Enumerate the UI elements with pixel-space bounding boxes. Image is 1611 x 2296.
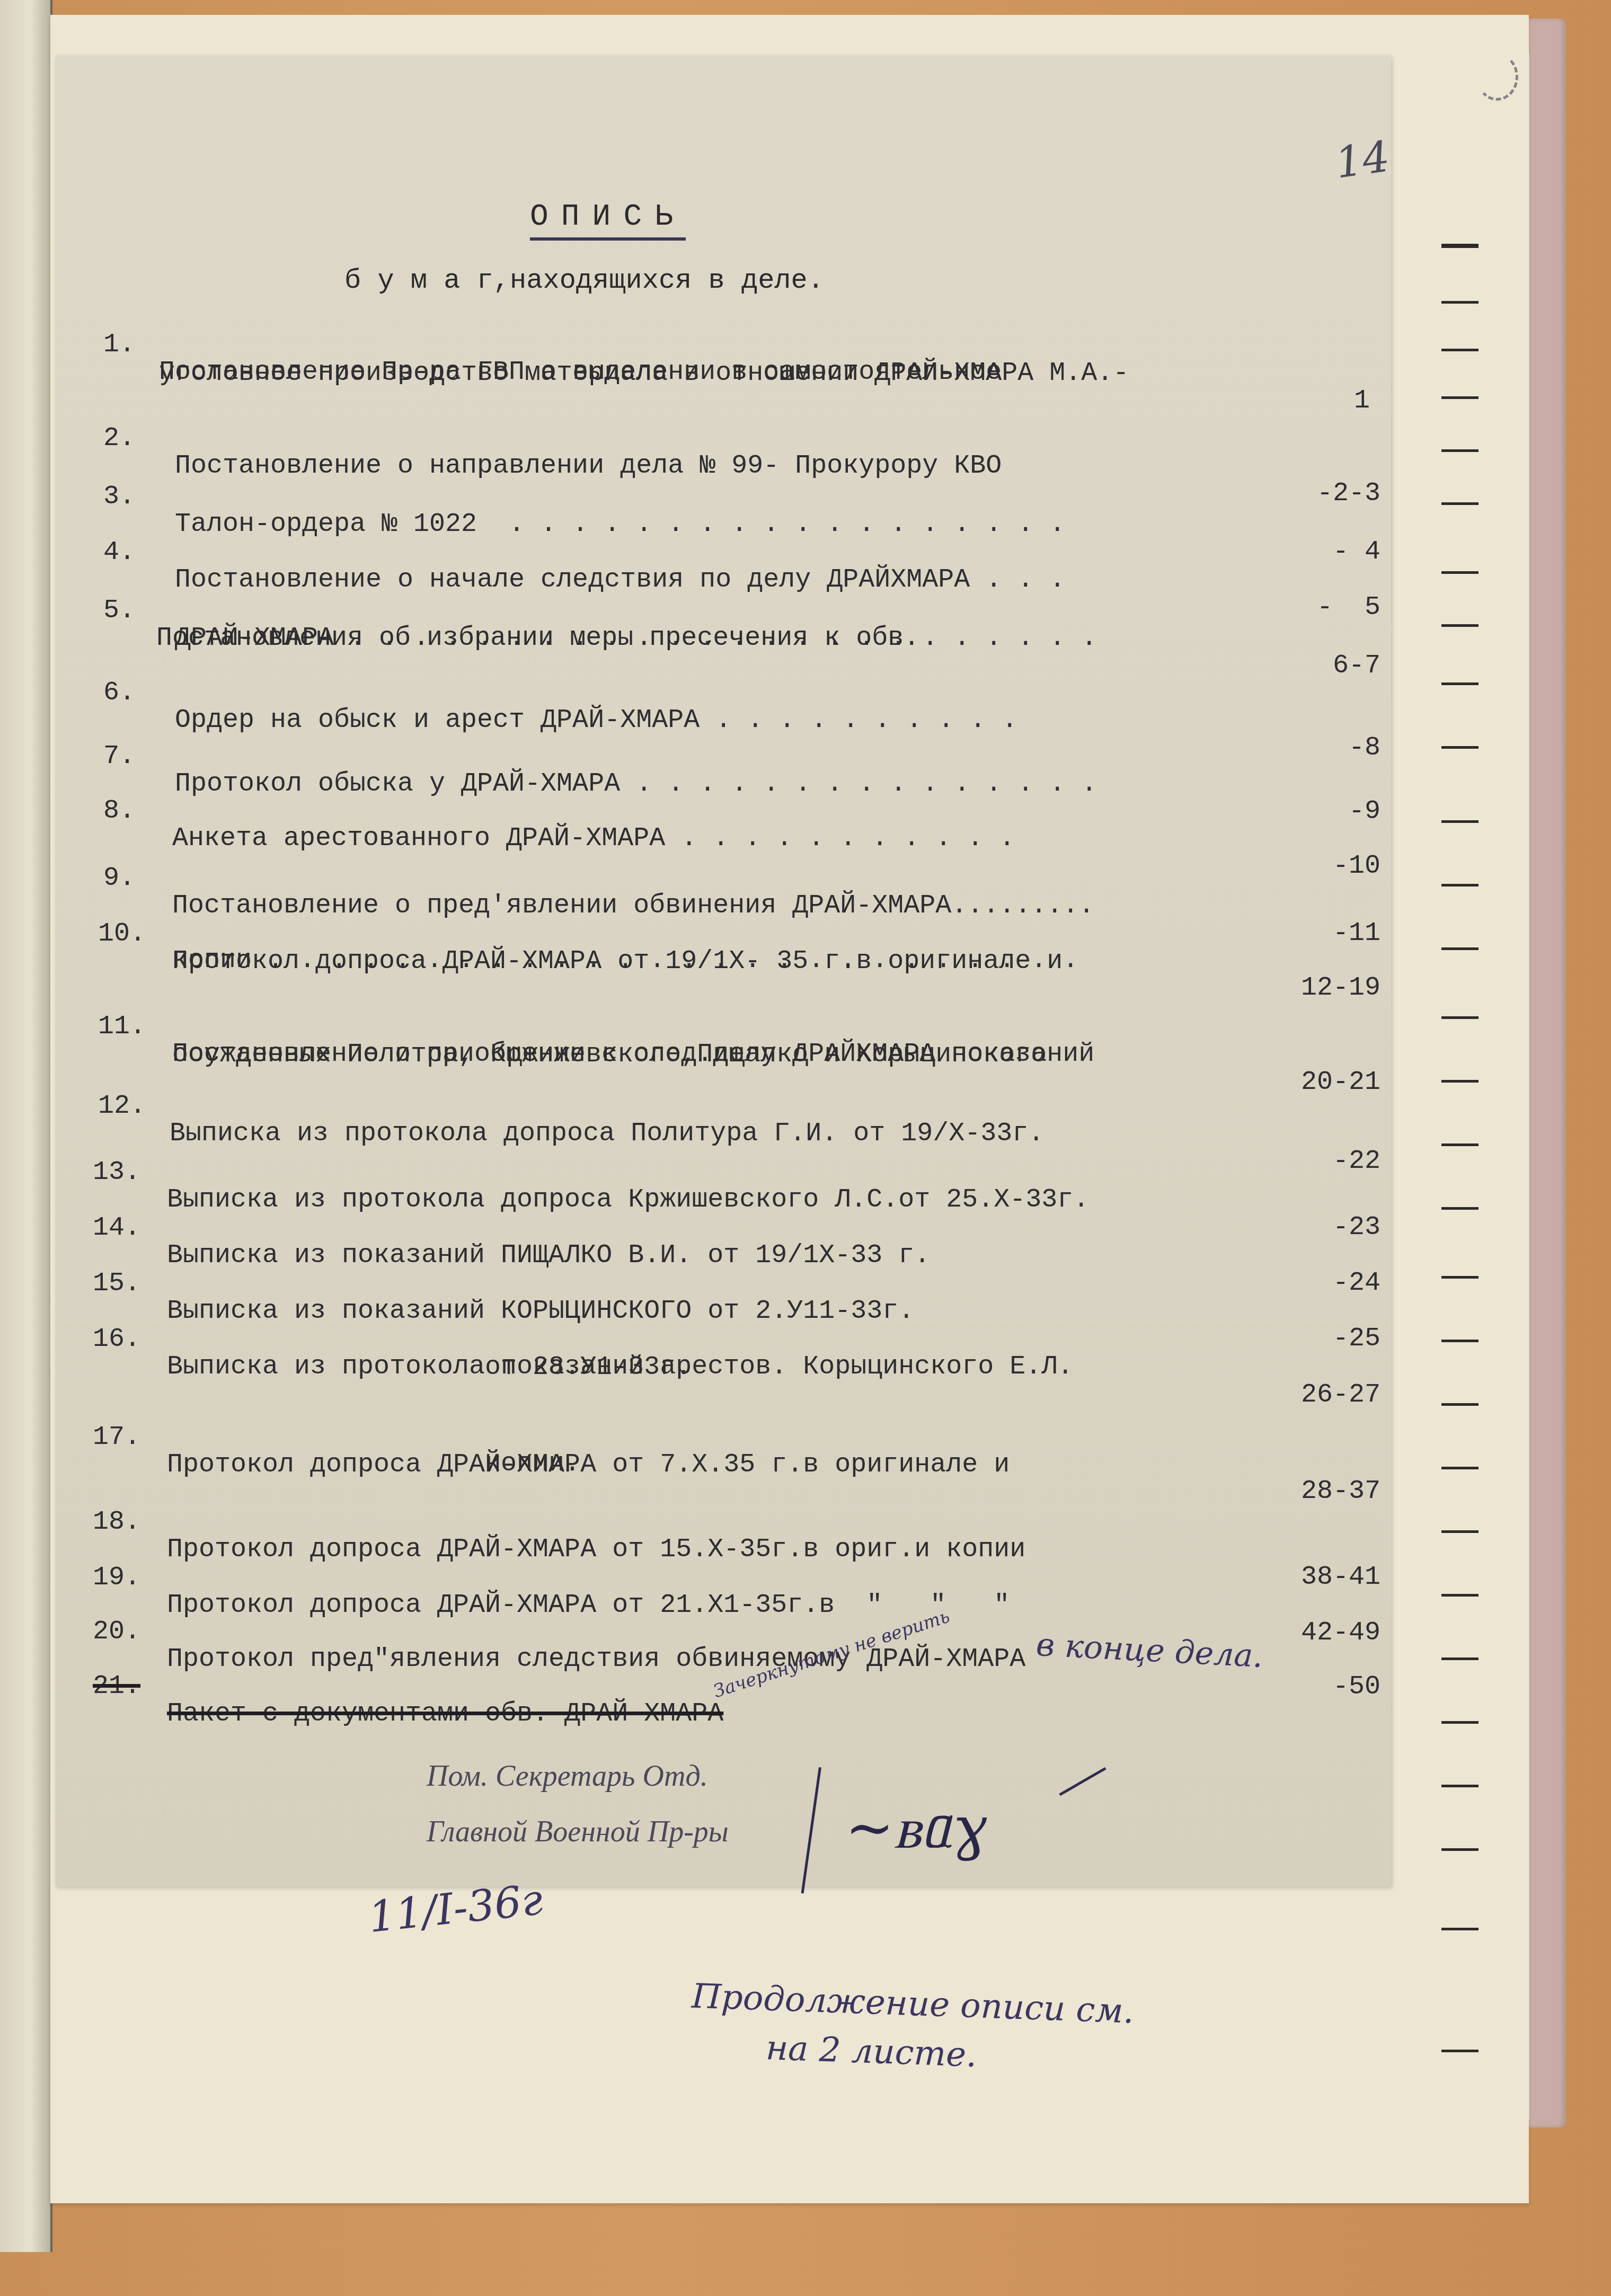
entry-number: 2. bbox=[103, 425, 135, 453]
ruled-line bbox=[1441, 1207, 1479, 1210]
stamp-circle-icon bbox=[1476, 53, 1518, 101]
entry-text: от 28.У1-33г. bbox=[485, 1354, 692, 1381]
entry-number: 3. bbox=[103, 483, 135, 511]
ruled-line bbox=[1441, 1721, 1479, 1724]
ruled-line bbox=[1441, 502, 1479, 505]
entry-number: 19. bbox=[93, 1564, 140, 1592]
ruled-line bbox=[1441, 396, 1479, 399]
ruled-line bbox=[1441, 244, 1479, 248]
ruled-line bbox=[1441, 1785, 1479, 1787]
ruled-line bbox=[1441, 682, 1479, 685]
ruled-line bbox=[1441, 301, 1479, 304]
entry-number: 7. bbox=[103, 743, 135, 770]
ruled-line bbox=[1441, 449, 1479, 452]
ruled-line bbox=[1441, 1276, 1479, 1279]
entry-number: 8. bbox=[103, 797, 135, 825]
ruled-line bbox=[1441, 1848, 1479, 1851]
entry-number: 4. bbox=[103, 539, 135, 566]
entry-text: копии . . . . . . . . . . . . . . . . . … bbox=[172, 947, 1078, 974]
stamp-line-2: Главной Военной Пр-ры bbox=[427, 1815, 729, 1849]
entry-number: 6. bbox=[103, 679, 135, 707]
entry-number: 12. bbox=[98, 1093, 146, 1120]
entry-text: ДРАЙ-ХМАРА . . . . . . . . . . . . . . .… bbox=[175, 625, 1097, 652]
entry-text: Пакет с документами обв. ДРАЙ-ХМАРА bbox=[167, 1700, 723, 1728]
folio-number: 14 bbox=[1332, 131, 1393, 188]
ruled-line bbox=[1441, 1928, 1479, 1930]
document-subtitle: б у м а г,находящихся в деле. bbox=[344, 265, 824, 296]
ruled-line bbox=[1441, 2050, 1479, 2052]
handwritten-continuation-line-2: на 2 листе. bbox=[765, 2028, 978, 2075]
stamp-line-1: Пом. Секретарь Отд. bbox=[427, 1759, 708, 1793]
ruled-line bbox=[1441, 884, 1479, 887]
ruled-line bbox=[1441, 1016, 1479, 1019]
ruled-line bbox=[1441, 820, 1479, 823]
ruled-line bbox=[1441, 1530, 1479, 1533]
left-page-edge bbox=[0, 0, 52, 2252]
ruled-line bbox=[1441, 1657, 1479, 1660]
ruled-line bbox=[1441, 1340, 1479, 1342]
ruled-line bbox=[1441, 1080, 1479, 1083]
entry-number: 13. bbox=[93, 1159, 140, 1186]
signature-scrawl-icon: ~ᏼᥲɣ bbox=[845, 1794, 987, 1863]
entry-number: 18. bbox=[93, 1509, 140, 1536]
ruled-line bbox=[1441, 624, 1479, 627]
ruled-line bbox=[1441, 1143, 1479, 1146]
document-title: ОПИСЬ bbox=[530, 200, 686, 241]
entry-number: 9. bbox=[103, 865, 135, 892]
entry-number: 21. bbox=[93, 1673, 140, 1700]
ruled-line bbox=[1441, 746, 1479, 749]
ruled-line bbox=[1441, 947, 1479, 950]
inventory-sheet: 14 ОПИСЬ б у м а г,находящихся в деле. 1… bbox=[56, 56, 1391, 1886]
entry-number: 20. bbox=[93, 1618, 140, 1646]
ruled-line bbox=[1441, 1403, 1479, 1406]
ruled-line bbox=[1441, 1594, 1479, 1597]
ruled-line bbox=[1441, 1467, 1479, 1469]
entry-text: уголовное производство материала в отнош… bbox=[159, 360, 1129, 387]
entry-number: 15. bbox=[93, 1270, 140, 1298]
entry-text: копии. bbox=[485, 1450, 580, 1478]
entry-number: 14. bbox=[93, 1215, 140, 1242]
ruled-line bbox=[1441, 571, 1479, 574]
ruled-line bbox=[1441, 349, 1479, 351]
